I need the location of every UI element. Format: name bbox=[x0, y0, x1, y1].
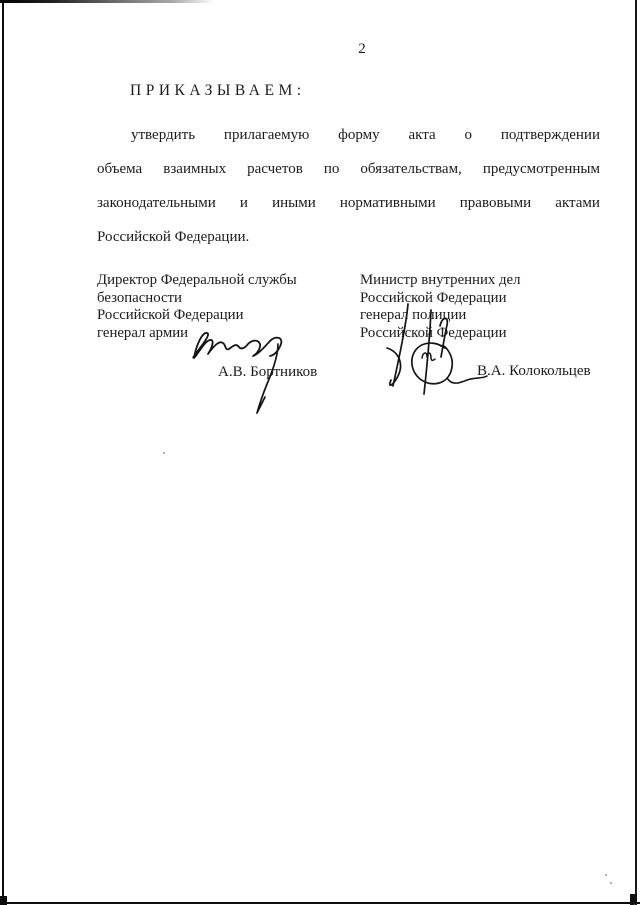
page-number: 2 bbox=[340, 41, 384, 58]
scan-border-bottom bbox=[0, 902, 640, 904]
scan-speck bbox=[163, 452, 165, 454]
scan-speck bbox=[605, 874, 607, 876]
scanned-order-page: 2 ПРИКАЗЫВАЕМ: утвердитьприлагаемуюформу… bbox=[0, 0, 640, 905]
scan-border-right bbox=[635, 0, 637, 905]
paragraph-line-4: Российской Федерации. bbox=[97, 220, 600, 254]
scan-speck bbox=[610, 882, 612, 884]
scan-border-left bbox=[2, 0, 4, 905]
signatory-right-name: В.А. Колокольцев bbox=[477, 363, 591, 380]
order-body-paragraph: утвердитьприлагаемуюформуактаоподтвержде… bbox=[97, 118, 600, 254]
signatory-right-title-line: Министр внутренних дел bbox=[360, 272, 520, 290]
order-heading: ПРИКАЗЫВАЕМ: bbox=[130, 82, 306, 100]
signatory-left-title-line: Директор Федеральной службы bbox=[97, 272, 297, 290]
paragraph-line-1: утвердитьприлагаемуюформуактаоподтвержде… bbox=[97, 118, 600, 152]
paragraph-line-3: законодательнымиииныминормативнымиправов… bbox=[97, 186, 600, 220]
scan-border-top bbox=[0, 0, 215, 3]
scan-corner-bottom-right bbox=[630, 894, 637, 905]
paragraph-line-2: объемавзаимныхрасчетовпообязательствам,п… bbox=[97, 152, 600, 186]
kolokoltsev-signature-icon bbox=[383, 296, 495, 402]
signatory-left-title-line: Российской Федерации bbox=[97, 307, 297, 325]
signatory-left-title-line: безопасности bbox=[97, 290, 297, 308]
scan-corner-bottom-left bbox=[0, 896, 7, 905]
signatory-left-name: А.В. Бортников bbox=[218, 364, 317, 381]
